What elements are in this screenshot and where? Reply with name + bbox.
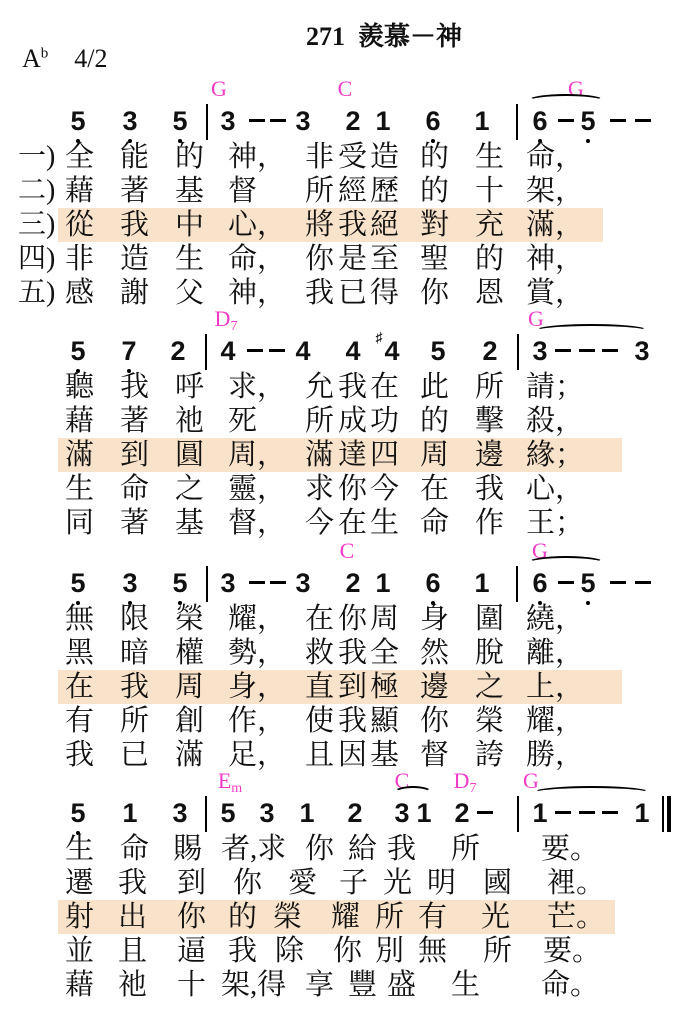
tie-slur-arc [528, 94, 604, 107]
lyric-cell: 周 [175, 670, 204, 704]
lyric-cell: 直 [305, 670, 334, 704]
lyric-cell: 你 [420, 704, 449, 738]
lyric-cell: 光 [481, 900, 510, 934]
duration-dash [249, 581, 265, 584]
duration-dash [247, 349, 263, 352]
lyric-cell: 督， [228, 506, 286, 540]
lyric-cell: 圓 [175, 438, 204, 472]
duration-dash [610, 119, 626, 122]
note-digit-2: 2 [345, 570, 360, 597]
chord-label-C: C [338, 78, 353, 100]
lyric-row: 我已滿足，且因基督誇勝， [0, 738, 685, 772]
lyric-cell: 已 [120, 738, 149, 772]
lyric-cell: 脫 [475, 636, 504, 670]
note-digit-3: 3 [259, 800, 274, 827]
lyric-cell: 極 [370, 670, 399, 704]
note-digit-5: 5 [172, 108, 187, 135]
lyric-cell: 榮 [175, 602, 204, 636]
lyric-cell: 滿， [526, 208, 584, 242]
tie-slur-arc [528, 556, 604, 569]
lyric-cell: 所 [483, 934, 512, 968]
barline [516, 104, 518, 140]
duration-dash [269, 349, 285, 352]
lyric-cell: 別 [375, 934, 404, 968]
music-system-2: D7G5724444♯5233聽我呼求，允我在此所請；藉著祂死所成功的擊殺，滿到… [0, 308, 685, 538]
lyric-cell: 的 [475, 242, 504, 276]
lyric-cell: 足， [228, 738, 286, 772]
hymn-number: 271 [306, 22, 345, 51]
lyric-cell: 經 [338, 174, 367, 208]
lyric-cell: 的 [175, 140, 204, 174]
hymn-sheet: 271 羨慕－神 Ab4/2 GCG53533216165一)全能的神，非受造的… [0, 0, 685, 1021]
lyric-cell: 基 [370, 738, 399, 772]
lyric-cell: 出 [118, 900, 147, 934]
lyric-cell: 著 [120, 506, 149, 540]
lyric-cell: 你 [177, 900, 206, 934]
lyric-cell: 榮 [475, 704, 504, 738]
duration-dash [555, 349, 571, 352]
lyric-cell: 謝 [120, 276, 149, 310]
lyric-cell: 你 [333, 934, 362, 968]
duration-dash [270, 581, 286, 584]
note-digit-3: 3 [172, 800, 187, 827]
key-signature: Ab4/2 [22, 44, 108, 74]
lyric-cell: 身， [228, 670, 286, 704]
lyric-cell: 命， [526, 140, 584, 174]
duration-dash [558, 119, 574, 122]
lyric-cell: 生 [65, 832, 94, 866]
lyric-cell: 從 [65, 208, 94, 242]
lyric-cell: 著 [120, 404, 149, 438]
verse-label: 一) [18, 140, 55, 174]
note-digit-1: 1 [299, 800, 314, 827]
lyric-cell: 感 [65, 276, 94, 310]
lyric-cell: 聖 [420, 242, 449, 276]
lyric-cell: 藉 [65, 404, 94, 438]
barline [206, 104, 208, 140]
lyric-cell: 裡。 [547, 866, 605, 900]
lyric-row: 同著基督，今在生命作王； [0, 506, 685, 540]
note-digit-6: 6 [532, 108, 547, 135]
lyric-cell: 的 [420, 404, 449, 438]
duration-dash [555, 811, 571, 814]
lyric-cell: 緣； [526, 438, 584, 472]
lyric-cell: 賞， [526, 276, 584, 310]
lyric-cell: 非 [65, 242, 94, 276]
lyric-row: 四)非造生命，你是至聖的神， [0, 242, 685, 276]
lyric-cell: 有 [65, 704, 94, 738]
barline [205, 796, 207, 832]
lyric-cell: 我 [118, 866, 147, 900]
lyric-cell: 恩 [475, 276, 504, 310]
lyric-cell: 我 [387, 832, 416, 866]
lyric-cell: 我 [305, 276, 334, 310]
lyric-cell: 藉 [65, 174, 94, 208]
note-digit-4: 4 [345, 338, 360, 365]
tie-slur-arc [535, 324, 648, 337]
lyric-cell: 王； [526, 506, 584, 540]
note-digit-6: 6 [425, 108, 440, 135]
lyric-cell: 命。 [541, 968, 599, 1002]
lyric-cell: 此 [420, 370, 449, 404]
hymn-title: 271 羨慕－神 [306, 16, 462, 53]
final-barline-thin [662, 796, 664, 832]
lyric-cell: 今 [305, 506, 334, 540]
lyric-cell: 使 [305, 704, 334, 738]
lyric-row: 五)感謝父神，我已得你恩賞， [0, 276, 685, 310]
lyric-cell: 你 [305, 832, 334, 866]
lyric-cell: 耀 [331, 900, 360, 934]
lyric-cell: 邊 [475, 438, 504, 472]
lyric-cell: 呼 [175, 370, 204, 404]
lyric-cell: 我 [338, 208, 367, 242]
lyric-row: 在我周身，直到極邊之上， [0, 670, 685, 704]
note-digit-3: 3 [295, 108, 310, 135]
lyric-cell: 十 [177, 968, 206, 1002]
lyric-cell: 誇 [475, 738, 504, 772]
lyric-cell: 繞， [526, 602, 584, 636]
lyric-cell: 創 [175, 704, 204, 738]
lyric-cell: 中 [175, 208, 204, 242]
lyric-cell: 擊 [475, 404, 504, 438]
lyric-cell: 作， [228, 704, 286, 738]
lyric-cell: 滿 [305, 438, 334, 472]
lyric-cell: 所 [475, 370, 504, 404]
note-digit-3: 3 [532, 338, 547, 365]
lyric-cell: 同 [65, 506, 94, 540]
lyric-cell: 求， [228, 370, 286, 404]
lyric-cell: 你 [338, 602, 367, 636]
time-signature: 4/2 [74, 44, 107, 73]
lyric-cell: 督 [420, 738, 449, 772]
note-digit-4: 4 [220, 338, 235, 365]
note-digit-1: 1 [474, 570, 489, 597]
note-digit-5: 5 [70, 570, 85, 597]
lyric-cell: 架， [526, 174, 584, 208]
note-digit-3: 3 [220, 570, 235, 597]
lyric-cell: 然 [420, 636, 449, 670]
note-digit-1: 1 [375, 108, 390, 135]
verse-label: 三) [18, 208, 55, 242]
lyric-cell: 光 [383, 866, 412, 900]
lyric-cell: 生 [370, 506, 399, 540]
lyric-cell: 在 [370, 370, 399, 404]
chord-label-D7: D7 [454, 770, 477, 800]
note-digit-7: 7 [121, 338, 136, 365]
lyric-cell: 至 [370, 242, 399, 276]
lyric-cell: 是 [338, 242, 367, 276]
lyric-cell: 有 [418, 900, 447, 934]
lyric-cell: 祂 [118, 968, 147, 1002]
barline [516, 566, 518, 602]
note-digit-5: 5 [430, 338, 445, 365]
lyric-cell: 靈， [228, 472, 286, 506]
lyric-cell: 圍 [475, 602, 504, 636]
lyric-cell: 且 [118, 934, 147, 968]
lyric-cell: 死 [228, 404, 257, 438]
barline [205, 334, 207, 370]
lyric-cell: 全 [65, 140, 94, 174]
note-digit-5: 5 [580, 108, 595, 135]
lyric-cell: 所 [120, 704, 149, 738]
lyric-cell: 無 [418, 934, 447, 968]
lyric-cell: 架,得 [221, 968, 286, 1002]
duration-dash [249, 119, 265, 122]
note-digit-3: 3 [634, 338, 649, 365]
lyric-cell: 逼 [177, 934, 206, 968]
lyric-cell: 芒。 [547, 900, 605, 934]
key-letter: A [22, 44, 41, 73]
note-digit-5: 5 [70, 108, 85, 135]
flat-accidental: b [41, 45, 49, 61]
note-digit-5: 5 [580, 570, 595, 597]
chord-label-D7: D7 [215, 308, 238, 338]
verse-label: 四) [18, 242, 55, 276]
lyric-cell: 著 [120, 174, 149, 208]
lyric-cell: 我 [65, 738, 94, 772]
verse-label: 五) [18, 276, 55, 310]
lyric-cell: 我 [338, 370, 367, 404]
lyric-cell: 所 [375, 900, 404, 934]
lyric-cell: 之 [475, 670, 504, 704]
lyric-cell: 你 [233, 866, 262, 900]
lyric-cell: 生 [65, 472, 94, 506]
lyric-cell: 生 [475, 140, 504, 174]
lyric-cell: 賜 [173, 832, 202, 866]
lyric-cell: 的 [420, 174, 449, 208]
lyric-cell: 督 [228, 174, 257, 208]
note-digit-1: 1 [634, 800, 649, 827]
lyric-cell: 黑 [65, 636, 94, 670]
lyric-cell: 上， [526, 670, 584, 704]
lyric-cell: 在 [420, 472, 449, 506]
hymn-title-text: 羨慕－神 [358, 22, 462, 51]
lyric-row: 藉祂十架,得享豐盛生命。 [0, 968, 685, 1002]
note-digit-5: 5 [220, 800, 235, 827]
lyric-cell: 周 [370, 602, 399, 636]
final-barline-thick [667, 796, 671, 832]
lyric-cell: 我 [338, 636, 367, 670]
lyric-cell: 我 [120, 670, 149, 704]
lyric-cell: 子 [339, 866, 368, 900]
lyric-cell: 我 [228, 934, 257, 968]
lyric-cell: 享 [305, 968, 334, 1002]
lyric-row: 三)從我中心，將我絕對充滿， [0, 208, 685, 242]
lyric-cell: 滿 [175, 738, 204, 772]
lyric-cell: 造 [120, 242, 149, 276]
lyric-cell: 在 [338, 506, 367, 540]
lyric-cell: 充 [475, 208, 504, 242]
note-digit-4: 4 [295, 338, 310, 365]
lyric-cell: 成 [338, 404, 367, 438]
lyric-cell: 受 [338, 140, 367, 174]
note-digit-5: 5 [70, 338, 85, 365]
lyric-cell: 到 [177, 866, 206, 900]
lyric-cell: 我 [338, 704, 367, 738]
lyric-cell: 耀， [228, 602, 286, 636]
lyric-cell: 求 [305, 472, 334, 506]
lyric-cell: 將 [305, 208, 334, 242]
lyric-cell: 身 [420, 602, 449, 636]
chord-label-G: G [211, 78, 227, 100]
lyric-row: 藉著祂死所成功的擊殺， [0, 404, 685, 438]
note-digit-3: 3 [394, 800, 409, 827]
lyric-row: 生命賜者,求你給我所要。 [0, 832, 685, 866]
lyric-cell: 我 [120, 208, 149, 242]
note-digit-3: 3 [295, 570, 310, 597]
lyric-cell: 我 [120, 370, 149, 404]
lyric-cell: 明 [427, 866, 456, 900]
lyric-cell: 非 [305, 140, 334, 174]
lyric-cell: 周 [420, 438, 449, 472]
lyric-cell: 父 [175, 276, 204, 310]
lyric-cell: 盛 [387, 968, 416, 1002]
lyric-cell: 我 [475, 472, 504, 506]
lyric-cell: 的 [420, 140, 449, 174]
lyric-cell: 榮 [273, 900, 302, 934]
note-digit-6: 6 [532, 570, 547, 597]
barline [206, 566, 208, 602]
lyric-cell: 全 [370, 636, 399, 670]
lyric-cell: 功 [370, 404, 399, 438]
lyric-cell: 勢， [228, 636, 286, 670]
lyric-cell: 耀， [526, 704, 584, 738]
lyric-cell: 豐 [348, 968, 377, 1002]
lyric-cell: 作 [475, 506, 504, 540]
sharp-accidental: ♯ [376, 330, 383, 344]
lyric-cell: 射 [65, 900, 94, 934]
lyric-cell: 顯 [370, 704, 399, 738]
music-system-4: EmCD7G513531231211生命賜者,求你給我所要。遷我到你愛子光明國裡… [0, 770, 685, 1000]
duration-dash [610, 581, 626, 584]
lyric-row: 射出你的榮耀所有光芒。 [0, 900, 685, 934]
lyric-cell: 命 [120, 832, 149, 866]
lyric-cell: 四 [370, 438, 399, 472]
lyric-cell: 除 [275, 934, 304, 968]
lyric-cell: 者,求 [221, 832, 286, 866]
note-digit-1: 1 [122, 800, 137, 827]
lyric-cell: 對 [420, 208, 449, 242]
lyric-row: 聽我呼求，允我在此所請； [0, 370, 685, 404]
lyric-cell: 心， [228, 208, 286, 242]
lyric-cell: 並 [65, 934, 94, 968]
lyric-cell: 你 [338, 472, 367, 506]
lyric-cell: 基 [175, 174, 204, 208]
barline [517, 796, 519, 832]
lyric-cell: 勝， [526, 738, 584, 772]
note-digit-5: 5 [172, 570, 187, 597]
lyric-cell: 救 [305, 636, 334, 670]
note-digit-2: 2 [482, 338, 497, 365]
lyric-cell: 所 [305, 404, 334, 438]
lyric-cell: 你 [305, 242, 334, 276]
lyric-cell: 生 [451, 968, 480, 1002]
lyric-cell: 藉 [65, 968, 94, 1002]
lyric-cell: 基 [175, 506, 204, 540]
lyric-cell: 所 [451, 832, 480, 866]
note-digit-4: 4 [384, 338, 399, 365]
lyric-cell: 的 [228, 900, 257, 934]
lyric-cell: 已 [338, 276, 367, 310]
lyric-cell: 愛 [288, 866, 317, 900]
music-system-1: GCG53533216165一)全能的神，非受造的生命，二)藉著基督所經歷的十架… [0, 78, 685, 308]
lyric-row: 並且逼我除你別無所要。 [0, 934, 685, 968]
lyric-cell: 因 [338, 738, 367, 772]
lyric-row: 一)全能的神，非受造的生命， [0, 140, 685, 174]
chord-label-G: G [523, 770, 539, 792]
tie-slur-arc [394, 786, 432, 799]
lyric-cell: 無 [65, 602, 94, 636]
lyric-cell: 權 [175, 636, 204, 670]
music-system-3: CG53533216165無限榮耀，在你周身圍繞，黑暗權勢，救我全然脫離，在我周… [0, 540, 685, 770]
chord-label-Em: Em [218, 770, 242, 800]
duration-dash [270, 119, 286, 122]
lyric-cell: 達 [338, 438, 367, 472]
lyric-cell: 暗 [120, 636, 149, 670]
note-digit-1: 1 [532, 800, 547, 827]
note-digit-5: 5 [70, 800, 85, 827]
note-digit-3: 3 [122, 570, 137, 597]
duration-dash [635, 119, 651, 122]
lyric-row: 二)藉著基督所經歷的十架， [0, 174, 685, 208]
lyric-cell: 要。 [543, 934, 601, 968]
note-digit-1: 1 [416, 800, 431, 827]
lyric-cell: 殺， [526, 404, 584, 438]
lyric-cell: 所 [305, 174, 334, 208]
barline [517, 334, 519, 370]
duration-dash [602, 811, 618, 814]
note-digit-2: 2 [345, 108, 360, 135]
lyric-cell: 造 [370, 140, 399, 174]
note-digit-1: 1 [375, 570, 390, 597]
lyric-cell: 祂 [175, 404, 204, 438]
lyric-cell: 到 [120, 438, 149, 472]
lyric-cell: 今 [370, 472, 399, 506]
lyric-cell: 在 [65, 670, 94, 704]
lyric-cell: 你 [420, 276, 449, 310]
note-digit-2: 2 [454, 800, 469, 827]
verse-label: 二) [18, 174, 55, 208]
lyric-cell: 限 [120, 602, 149, 636]
lyric-cell: 命 [420, 506, 449, 540]
note-digit-6: 6 [425, 570, 440, 597]
lyric-cell: 神， [228, 140, 286, 174]
lyric-cell: 到 [338, 670, 367, 704]
note-digit-3: 3 [122, 108, 137, 135]
lyric-cell: 歷 [370, 174, 399, 208]
lyric-cell: 請； [526, 370, 584, 404]
lyric-cell: 得 [370, 276, 399, 310]
lyric-cell: 命 [120, 472, 149, 506]
lyric-cell: 離， [526, 636, 584, 670]
lyric-cell: 給 [348, 832, 377, 866]
lyric-cell: 滿 [65, 438, 94, 472]
lyric-cell: 神， [228, 276, 286, 310]
lyric-row: 遷我到你愛子光明國裡。 [0, 866, 685, 900]
tie-slur-arc [533, 786, 650, 799]
note-digit-2: 2 [347, 800, 362, 827]
lyric-cell: 國 [483, 866, 512, 900]
lyric-cell: 允 [305, 370, 334, 404]
note-digit-2: 2 [170, 338, 185, 365]
lyric-cell: 絕 [370, 208, 399, 242]
lyric-cell: 十 [475, 174, 504, 208]
note-digit-1: 1 [474, 108, 489, 135]
chord-label-C: C [340, 540, 355, 562]
lyric-row: 無限榮耀，在你周身圍繞， [0, 602, 685, 636]
duration-dash [558, 581, 574, 584]
duration-dash [635, 581, 651, 584]
